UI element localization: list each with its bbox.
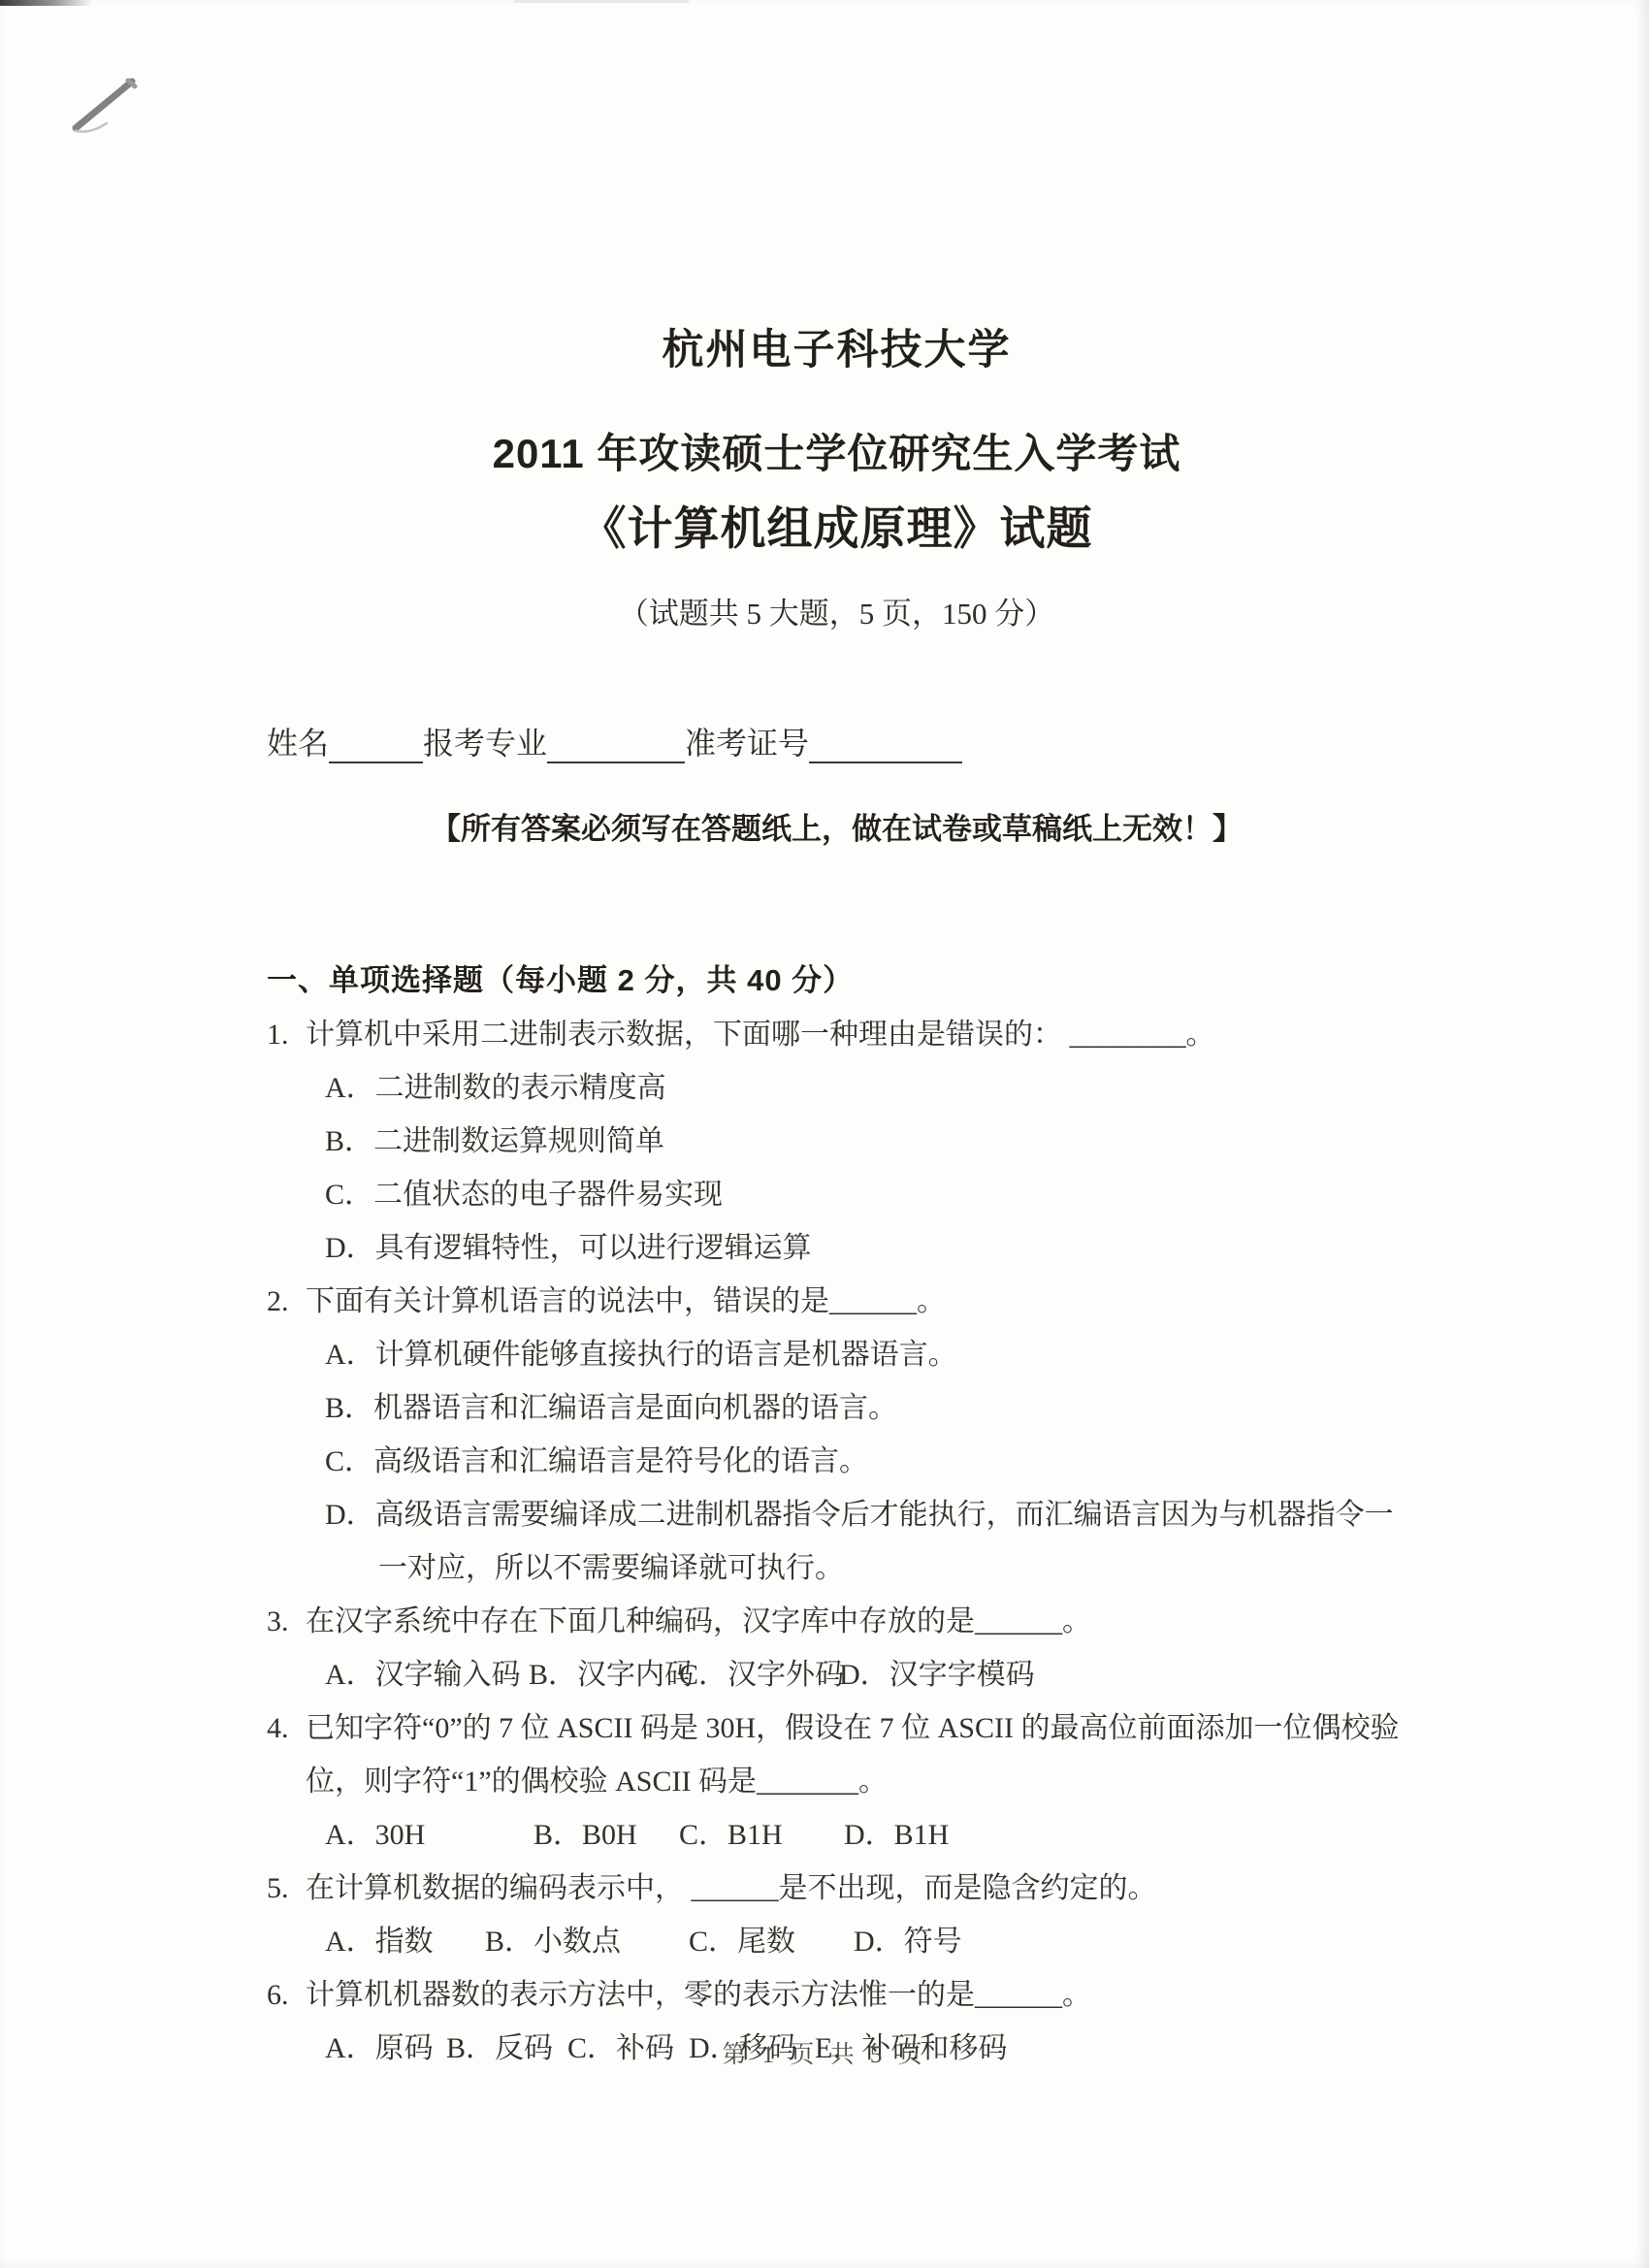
question-text: 在计算机数据的编码表示中， ______是不出现，而是隐含约定的。: [306, 1862, 1406, 1915]
option-item: A．汉字输入码: [325, 1648, 529, 1701]
question-5: 5. 在计算机数据的编码表示中， ______是不出现，而是隐含约定的。 A．指…: [267, 1862, 1406, 1968]
question-3: 3. 在汉字系统中存在下面几种编码，汉字库中存放的是______。 A．汉字输入…: [267, 1595, 1406, 1701]
option-item: C．汉字外码: [679, 1648, 839, 1701]
page-footer: 第 1 页 共 5 页: [0, 2035, 1649, 2070]
question-number: 6.: [267, 1968, 306, 2022]
option-item: A．指数: [325, 1915, 485, 1968]
question-number: 2.: [267, 1275, 306, 1328]
university-name: 杭州电子科技大学: [267, 326, 1406, 374]
option-item: B．B0H: [533, 1808, 679, 1862]
ticket-label: 准考证号: [685, 726, 809, 761]
candidate-info-row: 姓名报考专业准考证号: [267, 723, 1406, 763]
ticket-blank: [809, 730, 962, 763]
scan-artifact-top-left: [0, 0, 93, 6]
question-text: 已知字符“0”的 7 位 ASCII 码是 30H，假设在 7 位 ASCII …: [306, 1701, 1406, 1808]
name-label: 姓名: [267, 726, 329, 761]
scan-artifact-top-middle: [514, 0, 689, 3]
option-item: A．计算机硬件能够直接执行的语言是机器语言。: [267, 1328, 1406, 1381]
major-blank: [547, 730, 685, 763]
option-item: D．符号: [854, 1915, 962, 1968]
question-number: 1.: [267, 1008, 306, 1061]
option-item: C．B1H: [679, 1808, 844, 1862]
option-row: A．汉字输入码 B．汉字内码 C．汉字外码 D．汉字字模码: [267, 1648, 1406, 1701]
question-text: 计算机中采用二进制表示数据，下面哪一种理由是错误的： ________。: [306, 1008, 1406, 1061]
option-item: A．30H: [325, 1808, 533, 1862]
question-4: 4. 已知字符“0”的 7 位 ASCII 码是 30H，假设在 7 位 ASC…: [267, 1701, 1406, 1862]
option-item: D．汉字字模码: [839, 1648, 1035, 1701]
option-row: A．指数 B．小数点 C．尾数 D．符号: [267, 1915, 1406, 1968]
question-text: 计算机机器数的表示方法中，零的表示方法惟一的是______。: [306, 1968, 1406, 2022]
scan-edge-shadow: [1635, 0, 1649, 2268]
exam-meta: （试题共 5 大题，5 页，150 分）: [267, 595, 1406, 633]
scanned-exam-page: 杭州电子科技大学 2011 年攻读硕士学位研究生入学考试 《计算机组成原理》试题…: [0, 0, 1649, 2268]
option-item: D．高级语言需要编译成二进制机器指令后才能执行，而汇编语言因为与机器指令一一对应…: [267, 1488, 1406, 1595]
option-item: B．汉字内码: [529, 1648, 679, 1701]
option-item: C．高级语言和汇编语言是符号化的语言。: [267, 1435, 1406, 1488]
question-text: 下面有关计算机语言的说法中，错误的是______。: [306, 1275, 1406, 1328]
question-1: 1. 计算机中采用二进制表示数据，下面哪一种理由是错误的： ________。 …: [267, 1008, 1406, 1275]
major-label: 报考专业: [423, 726, 547, 761]
question-number: 3.: [267, 1595, 306, 1648]
option-item: B．二进制数运算规则简单: [267, 1115, 1406, 1168]
question-number: 4.: [267, 1701, 306, 1808]
subject-title: 《计算机组成原理》试题: [267, 502, 1406, 556]
option-row: A．30H B．B0H C．B1H D．B1H: [267, 1808, 1406, 1862]
option-item: A．二进制数的表示精度高: [267, 1061, 1406, 1115]
option-item: B．机器语言和汇编语言是面向机器的语言。: [267, 1381, 1406, 1435]
section-title: 一、单项选择题（每小题 2 分，共 40 分）: [267, 959, 1406, 1002]
option-item: C．二值状态的电子器件易实现: [267, 1168, 1406, 1221]
name-blank: [329, 730, 423, 763]
pen-scratch-mark-icon: [64, 70, 151, 144]
option-item: C．尾数: [689, 1915, 854, 1968]
option-item: D．具有逻辑特性，可以进行逻辑运算: [267, 1221, 1406, 1275]
document-content: 杭州电子科技大学 2011 年攻读硕士学位研究生入学考试 《计算机组成原理》试题…: [267, 326, 1406, 2075]
answer-notice: 【所有答案必须写在答题纸上，做在试卷或草稿纸上无效！】: [267, 808, 1406, 851]
question-text: 在汉字系统中存在下面几种编码，汉字库中存放的是______。: [306, 1595, 1406, 1648]
option-item: B．小数点: [485, 1915, 689, 1968]
question-2: 2. 下面有关计算机语言的说法中，错误的是______。 A．计算机硬件能够直接…: [267, 1275, 1406, 1595]
exam-title: 2011 年攻读硕士学位研究生入学考试: [267, 430, 1406, 478]
option-item: D．B1H: [844, 1808, 949, 1862]
question-number: 5.: [267, 1862, 306, 1915]
question-list: 1. 计算机中采用二进制表示数据，下面哪一种理由是错误的： ________。 …: [267, 1008, 1406, 2075]
